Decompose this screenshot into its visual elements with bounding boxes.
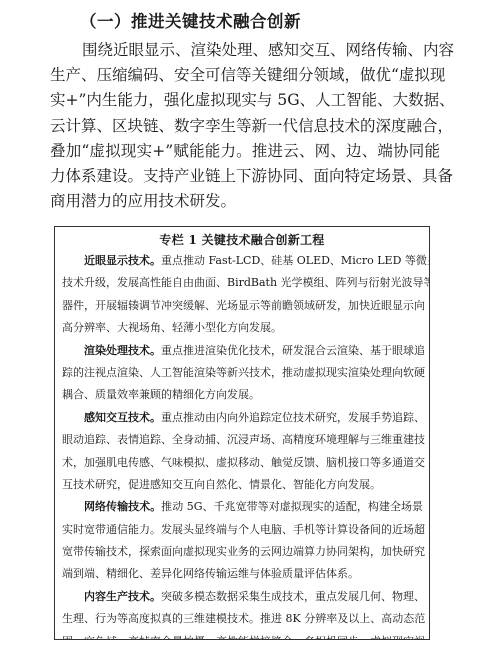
item-line: 宽带传输技术，探索面向虚拟现实业务的云网边端算力协同架构，加快研究 bbox=[62, 541, 423, 563]
column-box: 专栏 1 关键技术融合创新工程 近眼显示技术。重点推动 Fast-LCD、硅基 … bbox=[54, 226, 430, 640]
item-first-line: 感知交互技术。重点推动由内向外追踪定位技术研究，发展手势追踪、 bbox=[62, 407, 423, 429]
paragraph-line: 商用潜力的应用技术研发。 bbox=[50, 189, 440, 214]
paragraph-line: 叠加“虚拟现实+”赋能能力。推进云、网、边、端协同能 bbox=[50, 139, 440, 164]
item-line: 器件，开展辐辏调节冲突缓解、光场显示等前瞻领域研发，加快近眼显示向 bbox=[62, 295, 423, 317]
item-first-line: 渲染处理技术。重点推进渲染优化技术，研发混合云渲染、基于眼球追 bbox=[62, 340, 423, 362]
item-line: 实时宽带通信能力。发展头显终端与个人电脑、手机等计算设备间的近场超 bbox=[62, 519, 423, 541]
paragraph-line: 生产、压缩编码、安全可信等关键细分领域，做优“虚拟现 bbox=[50, 63, 440, 88]
intro-paragraph: 围绕近眼显示、渲染处理、感知交互、网络传输、内容 生产、压缩编码、安全可信等关键… bbox=[50, 38, 440, 214]
item-lead: 近眼显示技术。 bbox=[84, 254, 161, 267]
item-lead: 感知交互技术。 bbox=[84, 411, 161, 424]
item-lead: 内容生产技术。 bbox=[84, 590, 161, 603]
paragraph-line: 围绕近眼显示、渲染处理、感知交互、网络传输、内容 bbox=[50, 38, 440, 63]
item-first-line: 网络传输技术。推动 5G、千兆宽带等对虚拟现实的适配，构建全场景 bbox=[62, 496, 423, 518]
item-line: 高分辨率、大视场角、轻薄小型化方向发展。 bbox=[62, 317, 423, 339]
item-lead: 网络传输技术。 bbox=[84, 500, 161, 513]
paragraph-line: 力体系建设。支持产业链上下游协同、面向特定场景、具备 bbox=[50, 164, 440, 189]
item-line: 踪的注视点渲染、人工智能渲染等新兴技术，推动虚拟现实渲染处理向软硬 bbox=[62, 362, 423, 384]
box-title: 专栏 1 关键技术融合创新工程 bbox=[55, 230, 429, 250]
item-first-line: 内容生产技术。突破多模态数据采集生成技术，重点发展几何、物理、 bbox=[62, 586, 423, 608]
item-first-line: 近眼显示技术。重点推动 Fast-LCD、硅基 OLED、Micro LED 等… bbox=[62, 250, 423, 272]
item-line: 生理、行为等高度拟真的三维建模技术。推进 8K 分辨率及以上、高动态范 bbox=[62, 608, 423, 630]
item-lead: 渲染处理技术。 bbox=[84, 344, 161, 357]
paragraph-line: 云计算、区块链、数字孪生等新一代信息技术的深度融合， bbox=[50, 114, 440, 139]
item-line: 耦合、质量效率兼顾的精细化方向发展。 bbox=[62, 384, 423, 406]
item-line: 端到端、精细化、差异化网络传输运维与体验质量评估体系。 bbox=[62, 563, 423, 585]
item-line: 术，加强肌电传感、气味模拟、虚拟移动、触觉反馈、脑机接口等多通道交 bbox=[62, 452, 423, 474]
item-line: 眼动追踪、表情追踪、全身动捕、沉浸声场、高精度环境理解与三维重建技 bbox=[62, 429, 423, 451]
item-line: 技术升级，发展高性能自由曲面、BirdBath 光学模组、阵列与衍射光波导等 bbox=[62, 272, 423, 294]
section-heading: （一）推进关键技术融合创新 bbox=[80, 8, 301, 32]
item-line: 围、宽色域、高帧率全景拍摄、高性能拼接缝合、多相机同步、虚拟现实视 bbox=[62, 631, 423, 640]
box-body: 近眼显示技术。重点推动 Fast-LCD、硅基 OLED、Micro LED 等… bbox=[55, 250, 429, 640]
paragraph-line: 实+”内生能力，强化虚拟现实与 5G、人工智能、大数据、 bbox=[50, 88, 440, 113]
item-line: 互技术研究，促进感知交互向自然化、情景化、智能化方向发展。 bbox=[62, 474, 423, 496]
